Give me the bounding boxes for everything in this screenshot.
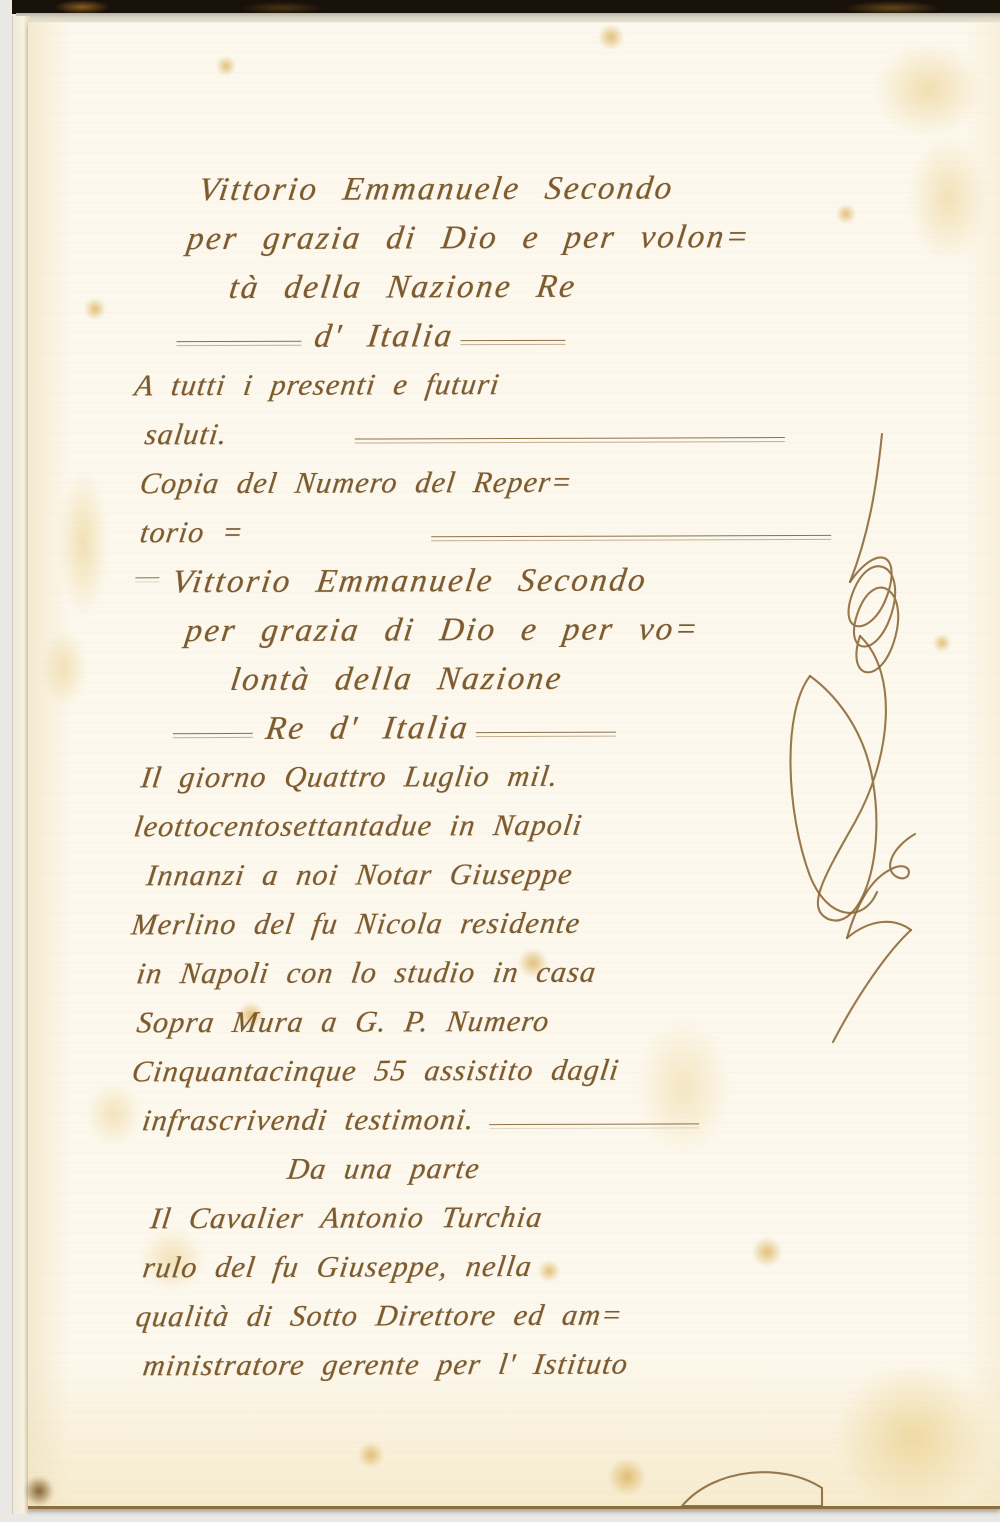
book-cover-top-edge [12, 0, 1000, 14]
manuscript-line: A tutti i presenti e futuri [27, 356, 999, 408]
foxing-spot [608, 1458, 646, 1496]
notary-paraph-mark [823, 820, 933, 1050]
flourish-rule [490, 1123, 700, 1129]
manuscript-line: qualità di Sotto Direttore ed am= [30, 1287, 1000, 1339]
line-text: in Napoli con lo studio in casa [134, 951, 600, 997]
scanned-manuscript-document: { "colors": { "ink": "#7d5b2e", "paper":… [0, 0, 1000, 1522]
line-text: Cinquantacinque 55 assistito dagli [129, 1049, 622, 1095]
manuscript-line: d' Italia [26, 307, 998, 359]
line-text: Il giorno Quattro Luglio mil. [138, 755, 561, 800]
manuscript-page: Vittorio Emmanuele Secondo per grazia di… [28, 22, 1000, 1509]
manuscript-line: Cinquantacinque 55 assistito dagli [29, 1042, 1000, 1094]
page-curl [678, 1460, 828, 1508]
foxing-spot [598, 24, 624, 50]
flourish-rule [176, 341, 301, 346]
manuscript-line: Vittorio Emmanuele Secondo [26, 160, 998, 212]
manuscript-line: infrascrivendi testimoni. [29, 1091, 1000, 1143]
line-text: leottocentosettantadue in Napoli [131, 804, 585, 850]
line-text: qualità di Sotto Direttore ed am= [133, 1294, 626, 1340]
line-text: infrascrivendi testimoni. [139, 1098, 477, 1143]
manuscript-line: per grazia di Dio e per volon= [26, 209, 998, 261]
flourish-rule [173, 733, 253, 738]
line-text: Vittorio Emmanuele Secondo [196, 166, 677, 212]
line-text: Re d' Italia [263, 706, 472, 751]
line-text: tà della Nazione Re [226, 265, 579, 310]
line-text: torio = [137, 511, 247, 555]
line-text: Vittorio Emmanuele Secondo [169, 559, 650, 605]
margin-dash [135, 577, 159, 582]
flourish-rule [460, 340, 565, 345]
foxing-stain [874, 42, 984, 137]
line-text: d' Italia [312, 314, 457, 359]
line-text: Copia del Numero del Reper= [137, 461, 576, 507]
line-text: Il Cavalier Antonio Turchia [148, 1196, 546, 1241]
line-text: lontà della Nazione [228, 657, 566, 702]
manuscript-line: tà della Nazione Re [26, 258, 998, 310]
line-text: A tutti i presenti e futuri [132, 363, 503, 408]
line-text: rulo del fu Giuseppe, nella [140, 1245, 535, 1290]
line-text: Innanzi a noi Notar Giuseppe [143, 853, 575, 899]
line-text: saluti. [142, 413, 231, 457]
flourish-rule [476, 732, 616, 737]
line-text: per grazia di Dio e per vo= [183, 607, 703, 653]
line-text: ministratore gerente per l' Istituto [140, 1343, 631, 1389]
manuscript-line: ministratore gerente per l' Istituto [30, 1336, 1000, 1388]
manuscript-line: Il Cavalier Antonio Turchia [29, 1189, 1000, 1241]
line-text: Da una parte [284, 1147, 482, 1192]
manuscript-line: Da una parte [29, 1140, 1000, 1192]
foxing-spot [358, 1442, 384, 1468]
line-text: Sopra Mura a G. P. Numero [134, 1000, 553, 1045]
flourish-rule [354, 437, 784, 444]
foxing-spot [216, 56, 236, 76]
binding-stain-spot [24, 1476, 54, 1506]
line-text: Merlino del fu Nicola residente [129, 902, 584, 948]
manuscript-line: rulo del fu Giuseppe, nella [30, 1238, 1000, 1290]
line-text: per grazia di Dio e per volon= [184, 215, 753, 261]
